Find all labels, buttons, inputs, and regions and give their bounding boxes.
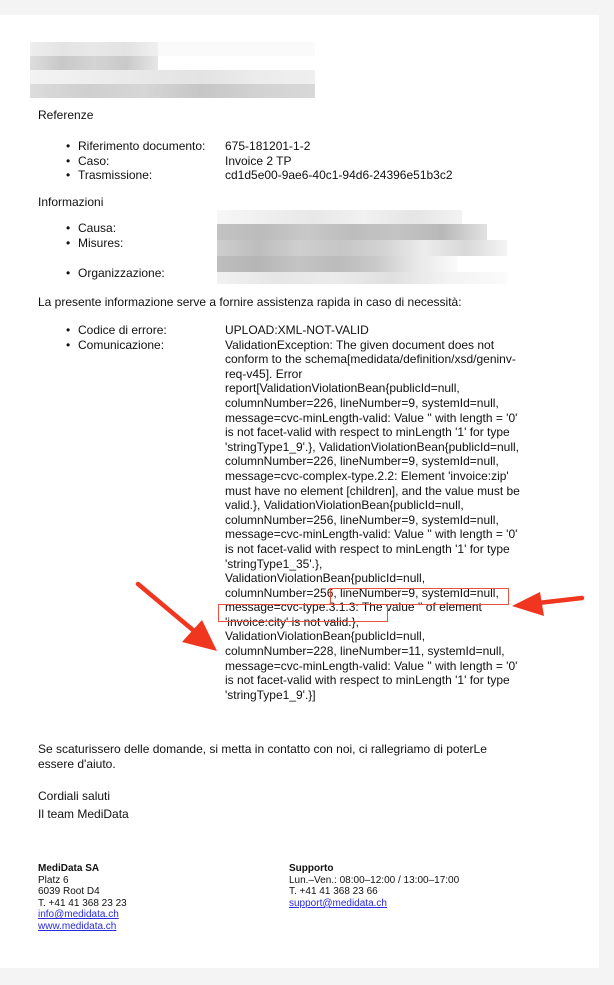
- contact-paragraph: Se scaturissero delle domande, si metta …: [38, 742, 558, 771]
- list-item: •Organizzazione:: [66, 266, 225, 281]
- support-hours: Lun.–Ven.: 08:00–12:00 / 13:00–17:00: [289, 875, 459, 887]
- highlight-box-2: [218, 604, 388, 622]
- error-message-line: valid.}, ValidationViolationBean{publicI…: [225, 498, 545, 513]
- referenze-list: •Riferimento documento:675-181201-1-2 •C…: [66, 139, 545, 183]
- referenze-heading: Referenze: [38, 108, 93, 122]
- error-message-line: must have no element [children], and the…: [225, 484, 545, 499]
- error-message-line: conform to the schema[medidata/definitio…: [225, 352, 545, 367]
- error-message-line: 'stringType1_35'.},: [225, 557, 545, 572]
- support-email-link[interactable]: support@medidata.ch: [289, 898, 387, 909]
- error-message-line: 'stringType1_9'.}, ValidationViolationBe…: [225, 440, 545, 455]
- company-city: 6039 Root D4: [38, 886, 127, 898]
- error-message-line: 'stringType1_9'.}]: [225, 688, 545, 703]
- error-message-line: is not facet-valid with respect to minLe…: [225, 542, 545, 557]
- error-message-line: message=cvc-complex-type.2.2: Element 'i…: [225, 469, 545, 484]
- list-item: •Causa:: [66, 221, 225, 236]
- highlight-box-1: [330, 588, 509, 605]
- error-message-line: is not facet-valid with respect to minLe…: [225, 673, 545, 688]
- error-message-line: req-v45]. Error: [225, 367, 545, 382]
- error-message-line: ValidationException: The given document …: [225, 338, 545, 353]
- error-message-line: ValidationViolationBean{publicId=null,: [225, 629, 545, 644]
- transmission-value: cd1d5e00-9ae6-40c1-94d6-24396e51b3c2: [225, 168, 545, 183]
- info-email-link[interactable]: info@medidata.ch: [38, 909, 119, 920]
- error-message-line: columnNumber=226, lineNumber=9, systemId…: [225, 454, 545, 469]
- error-message-line: columnNumber=226, lineNumber=9, systemId…: [225, 396, 545, 411]
- error-message-line: report[ValidationViolationBean{publicId=…: [225, 381, 545, 396]
- assistance-intro: La presente informazione serve a fornire…: [38, 295, 558, 310]
- signature: Il team MediData: [38, 806, 558, 824]
- signature-block: Cordiali saluti Il team MediData: [38, 788, 558, 823]
- footer-company: MediData SA Platz 6 6039 Root D4 T. +41 …: [38, 863, 127, 933]
- error-message-line: columnNumber=228, lineNumber=11, systemI…: [225, 644, 545, 659]
- company-name: MediData SA: [38, 863, 99, 874]
- redacted-info-values: [217, 210, 507, 284]
- company-phone: T. +41 41 368 23 23: [38, 898, 127, 910]
- error-message-line: ValidationViolationBean{publicId=null,: [225, 571, 545, 586]
- error-message-line: columnNumber=256, lineNumber=9, systemId…: [225, 513, 545, 528]
- list-item: •Misures:: [66, 236, 225, 251]
- footer-support: Supporto Lun.–Ven.: 08:00–12:00 / 13:00–…: [289, 863, 459, 909]
- annotation-arrow-right-icon: [510, 590, 585, 620]
- support-phone: T. +41 41 368 23 66: [289, 886, 459, 898]
- document-reference-value: 675-181201-1-2: [225, 139, 545, 154]
- greeting: Cordiali saluti: [38, 788, 558, 806]
- company-street: Platz 6: [38, 875, 127, 887]
- error-message-line: is not facet-valid with respect to minLe…: [225, 425, 545, 440]
- informazioni-heading: Informazioni: [38, 195, 103, 209]
- case-value: Invoice 2 TP: [225, 154, 545, 169]
- annotation-arrow-left-icon: [130, 580, 220, 655]
- list-item: •Riferimento documento:675-181201-1-2: [66, 139, 545, 154]
- error-message-line: message=cvc-minLength-valid: Value '' wi…: [225, 659, 545, 674]
- website-link[interactable]: www.medidata.ch: [38, 921, 116, 932]
- list-item: •Codice di errore:UPLOAD:XML-NOT-VALID: [66, 323, 545, 338]
- error-message: ValidationException: The given document …: [225, 338, 545, 703]
- list-item: •Caso:Invoice 2 TP: [66, 154, 545, 169]
- error-code-value: UPLOAD:XML-NOT-VALID: [225, 323, 545, 338]
- informazioni-list: •Causa: •Misures: •Organizzazione:: [66, 221, 225, 281]
- list-item: •Trasmissione:cd1d5e00-9ae6-40c1-94d6-24…: [66, 168, 545, 183]
- error-message-line: message=cvc-minLength-valid: Value '' wi…: [225, 411, 545, 426]
- error-message-line: message=cvc-minLength-valid: Value '' wi…: [225, 527, 545, 542]
- email-page: Referenze •Riferimento documento:675-181…: [0, 15, 599, 968]
- redacted-header: [30, 42, 315, 98]
- support-title: Supporto: [289, 863, 333, 874]
